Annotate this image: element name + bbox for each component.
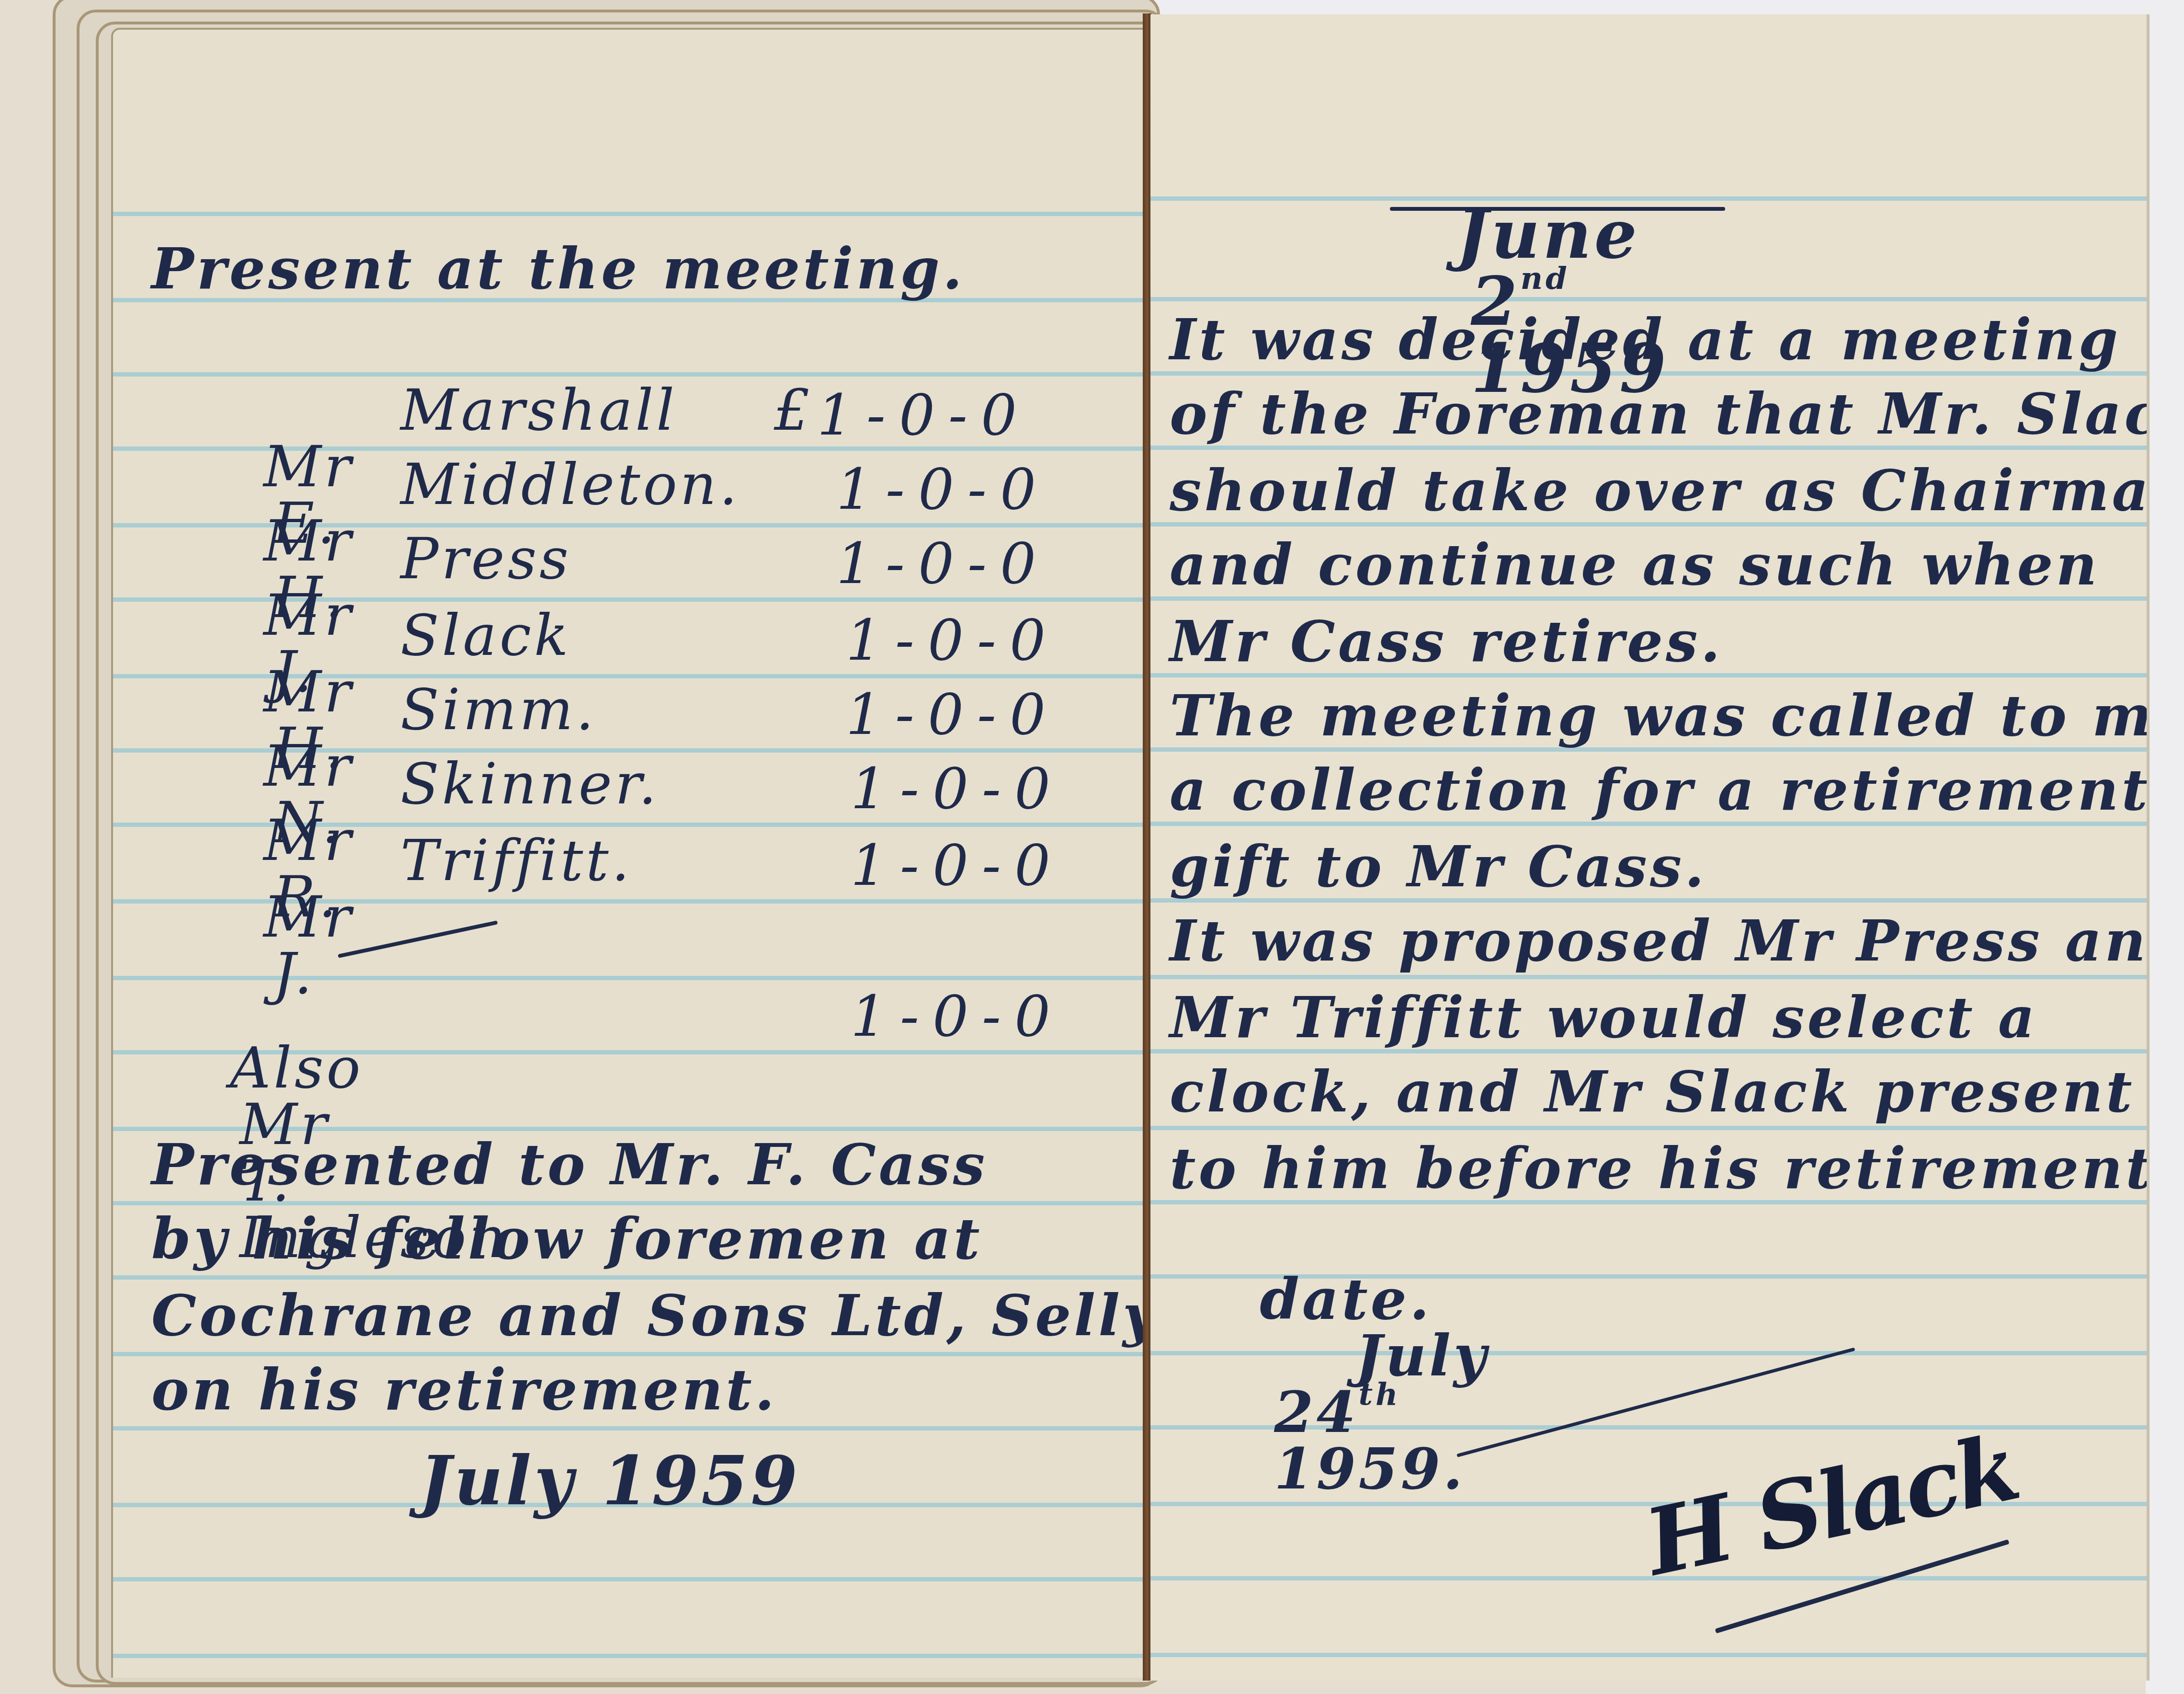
ruled-line	[113, 1577, 1148, 1581]
attendance-heading: Present at the meeting.	[151, 240, 965, 297]
minutes-line: gift to Mr Cass.	[1170, 838, 1707, 895]
attendee-surname: Triffitt.	[400, 832, 632, 889]
left-page-date: July 1959	[420, 1448, 800, 1515]
presentation-line: Presented to Mr. F. Cass	[151, 1136, 988, 1193]
date-suffix: nd	[1520, 261, 1570, 297]
right-page: June 2nd 1959 It was decided at a meetin…	[1150, 14, 2150, 1681]
closing-line: date. July 24th 1959.	[1170, 1214, 1489, 1554]
attendee-amount: 1-0-0	[817, 387, 1030, 443]
attendee-amount: 1-0-0	[836, 535, 1049, 592]
attendee-surname: Middleton.	[400, 456, 740, 513]
presentation-line: on his retirement.	[151, 1362, 777, 1418]
attendee-amount: 1-0-0	[851, 837, 1064, 893]
ruled-line	[1150, 1576, 2147, 1580]
ruled-line	[113, 212, 1148, 216]
minutes-line: should take over as Chairman,	[1170, 462, 2150, 519]
background-right-strip	[2146, 0, 2184, 1694]
attendee-amount: 1-0-0	[836, 461, 1049, 517]
attendee-surname: Marshall	[400, 382, 677, 438]
minutes-line: Mr Triffitt would select a	[1170, 989, 2037, 1046]
ruled-line	[113, 1426, 1148, 1431]
presentation-line: by his fellow foremen at	[151, 1211, 983, 1267]
closing-year: 1959.	[1274, 1435, 1466, 1502]
minutes-line: to him before his retirement	[1170, 1140, 2150, 1197]
closing-suffix: th	[1359, 1376, 1401, 1412]
left-page: Present at the meeting. Mr E. Marshall £…	[111, 28, 1148, 1678]
presentation-line: Cochrane and Sons Ltd, Selly,	[151, 1287, 1148, 1344]
attendee-amount: 1-0-0	[846, 612, 1059, 668]
signature-flourish-top	[1456, 1348, 1855, 1457]
minutes-line: The meeting was called to make	[1170, 687, 2150, 744]
attendee-amount: 1-0-0	[851, 760, 1064, 817]
signature: H Slack	[1637, 1414, 2026, 1596]
minutes-line: and continue as such when	[1170, 537, 2100, 593]
minutes-line: It was decided at a meeting	[1170, 311, 2121, 368]
attendee-surname: Slack	[400, 607, 571, 664]
minutes-line: Mr Cass retires.	[1170, 613, 1723, 670]
minutes-line: It was proposed Mr Press and	[1170, 913, 2150, 969]
ruled-line	[1150, 1653, 2147, 1657]
minutes-line: clock, and Mr Slack present it	[1170, 1064, 2150, 1120]
attendee-amount: 1-0-0	[846, 686, 1059, 743]
also-amount: 1-0-0	[851, 988, 1064, 1044]
ruled-line	[1150, 975, 2147, 979]
currency-symbol: £	[774, 382, 813, 438]
ruled-line	[113, 1352, 1148, 1356]
attendee-surname: Press	[400, 530, 571, 587]
attendee-surname: Simm.	[400, 681, 597, 738]
attendee-surname: Skinner.	[400, 755, 660, 812]
ruled-line	[1150, 1126, 2147, 1130]
ruled-line	[113, 372, 1148, 377]
minutes-line: a collection for a retirement	[1170, 762, 2150, 818]
date-underline	[1390, 207, 1725, 211]
minutes-line: of the Foreman that Mr. Slack	[1170, 386, 2150, 442]
list-end-stroke	[338, 920, 498, 958]
ruled-line	[113, 1654, 1148, 1658]
